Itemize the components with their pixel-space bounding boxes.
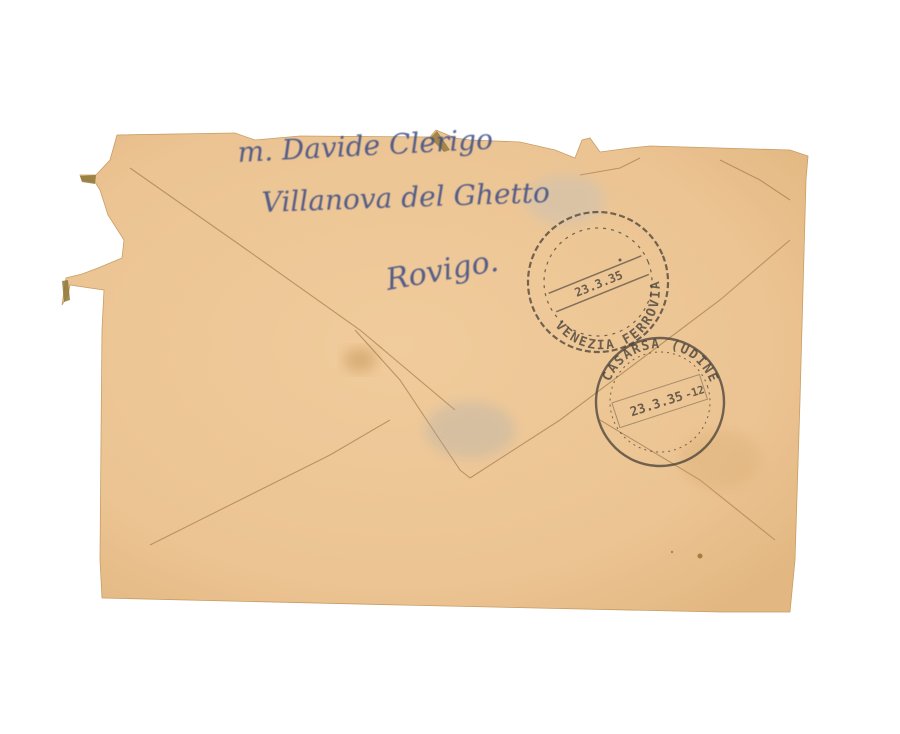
torn-edge-shadow xyxy=(80,175,96,184)
envelope-photo: m. Davide Clerigo Villanova del Ghetto R… xyxy=(0,0,900,734)
